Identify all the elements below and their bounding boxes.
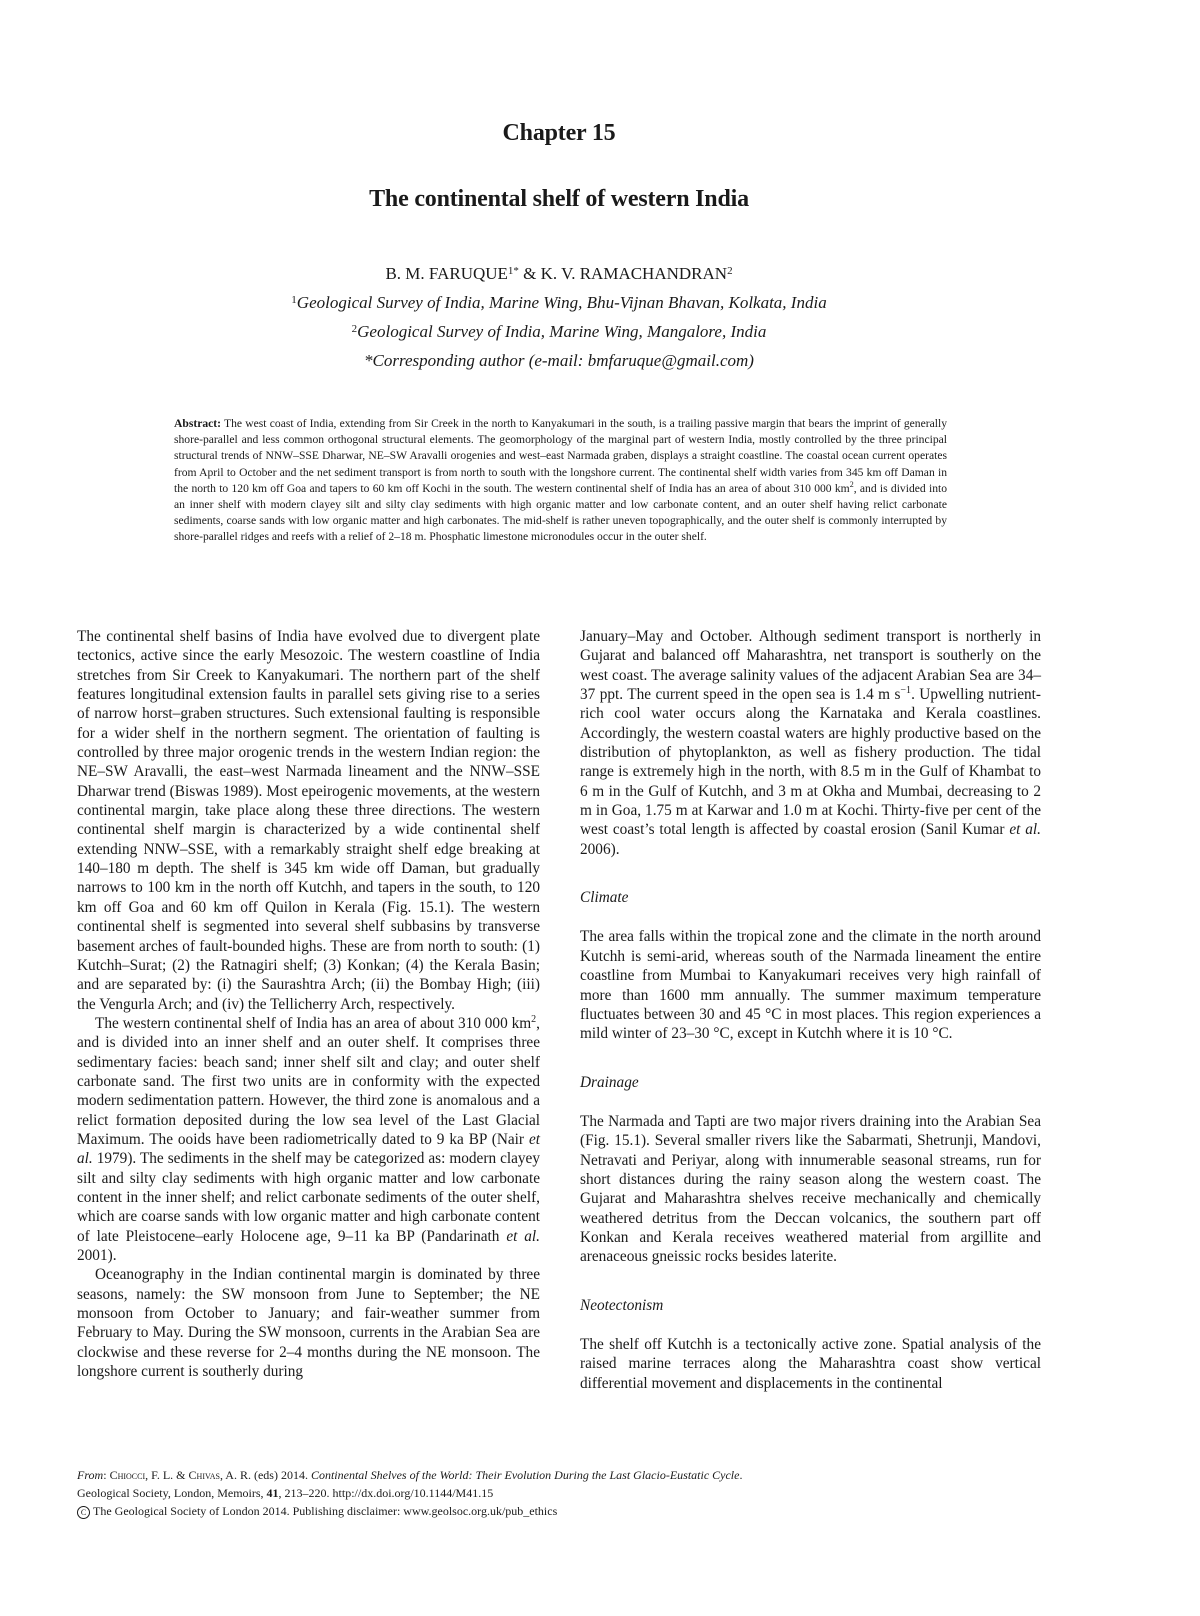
- volume-number: 41: [267, 1486, 279, 1500]
- text: . Upwelling nutrient-rich cool water occ…: [580, 686, 1041, 838]
- citation-etal: et al.: [1009, 821, 1041, 838]
- text: .: [739, 1468, 742, 1482]
- affiliation: 1Geological Survey of India, Marine Wing…: [0, 293, 1118, 313]
- series-line: Geological Society, London, Memoirs, 41,…: [77, 1484, 1077, 1502]
- text: , A. R. (eds) 2014.: [220, 1468, 311, 1482]
- book-title: Continental Shelves of the World: Their …: [311, 1468, 740, 1482]
- section-heading-neotectonism: Neotectonism: [580, 1296, 1041, 1315]
- paragraph: The area falls within the tropical zone …: [580, 927, 1041, 1043]
- doi-link[interactable]: , 213–220. http://dx.doi.org/10.1144/M41…: [279, 1486, 494, 1500]
- affiliation-text: *Corresponding author (e-mail: bmfaruque…: [364, 351, 754, 370]
- source-line: From: Chiocci, F. L. & Chivas, A. R. (ed…: [77, 1466, 1077, 1484]
- affiliation-text: Geological Survey of India, Marine Wing,…: [357, 322, 766, 341]
- paragraph: The continental shelf basins of India ha…: [77, 627, 540, 1014]
- affiliation-text: Geological Survey of India, Marine Wing,…: [297, 293, 827, 312]
- abstract: Abstract: The west coast of India, exten…: [174, 416, 947, 546]
- body-column-right: January–May and October. Although sedime…: [580, 627, 1041, 1393]
- superscript: −1: [900, 685, 911, 696]
- paragraph: The shelf off Kutchh is a tectonically a…: [580, 1335, 1041, 1393]
- author-affiliation-marker: 2: [727, 265, 733, 277]
- abstract-text: The west coast of India, extending from …: [174, 417, 947, 495]
- chapter-number: Chapter 15: [0, 120, 1118, 147]
- corresponding-author: *Corresponding author (e-mail: bmfaruque…: [0, 351, 1118, 371]
- affiliation: 2Geological Survey of India, Marine Wing…: [0, 322, 1118, 342]
- from-label: From: [77, 1468, 103, 1482]
- editor-name: Chiocci: [110, 1468, 146, 1482]
- paragraph: Oceanography in the Indian continental m…: [77, 1265, 540, 1381]
- text: 2006).: [580, 841, 620, 858]
- citation-etal: et al.: [506, 1228, 540, 1245]
- text: 1979). The sediments in the shelf may be…: [77, 1150, 540, 1244]
- section-heading-drainage: Drainage: [580, 1073, 1041, 1092]
- text: The western continental shelf of India h…: [95, 1015, 531, 1032]
- abstract-label: Abstract:: [174, 417, 221, 430]
- copyright-icon: C: [77, 1506, 90, 1519]
- author-affiliation-marker: 1*: [508, 265, 519, 277]
- text: Geological Society, London, Memoirs,: [77, 1486, 267, 1500]
- copyright-line: CThe Geological Society of London 2014. …: [77, 1502, 1077, 1520]
- citation-footer: From: Chiocci, F. L. & Chivas, A. R. (ed…: [77, 1466, 1077, 1520]
- text: , and is divided into an inner shelf and…: [77, 1015, 540, 1148]
- text: 2001).: [77, 1247, 117, 1264]
- text: , F. L. &: [145, 1468, 188, 1482]
- author-separator: &: [519, 264, 541, 283]
- author-line: B. M. FARUQUE1* & K. V. RAMACHANDRAN2: [0, 264, 1118, 284]
- paragraph: January–May and October. Although sedime…: [580, 627, 1041, 859]
- page-title: The continental shelf of western India: [0, 186, 1118, 213]
- author-name: K. V. RAMACHANDRAN: [541, 264, 727, 283]
- author-name: B. M. FARUQUE: [385, 264, 507, 283]
- paragraph: The western continental shelf of India h…: [77, 1014, 540, 1265]
- section-heading-climate: Climate: [580, 888, 1041, 907]
- body-column-left: The continental shelf basins of India ha…: [77, 627, 540, 1381]
- copyright-text: The Geological Society of London 2014. P…: [93, 1504, 557, 1518]
- editor-name: Chivas: [189, 1468, 220, 1482]
- paragraph: The Narmada and Tapti are two major rive…: [580, 1112, 1041, 1267]
